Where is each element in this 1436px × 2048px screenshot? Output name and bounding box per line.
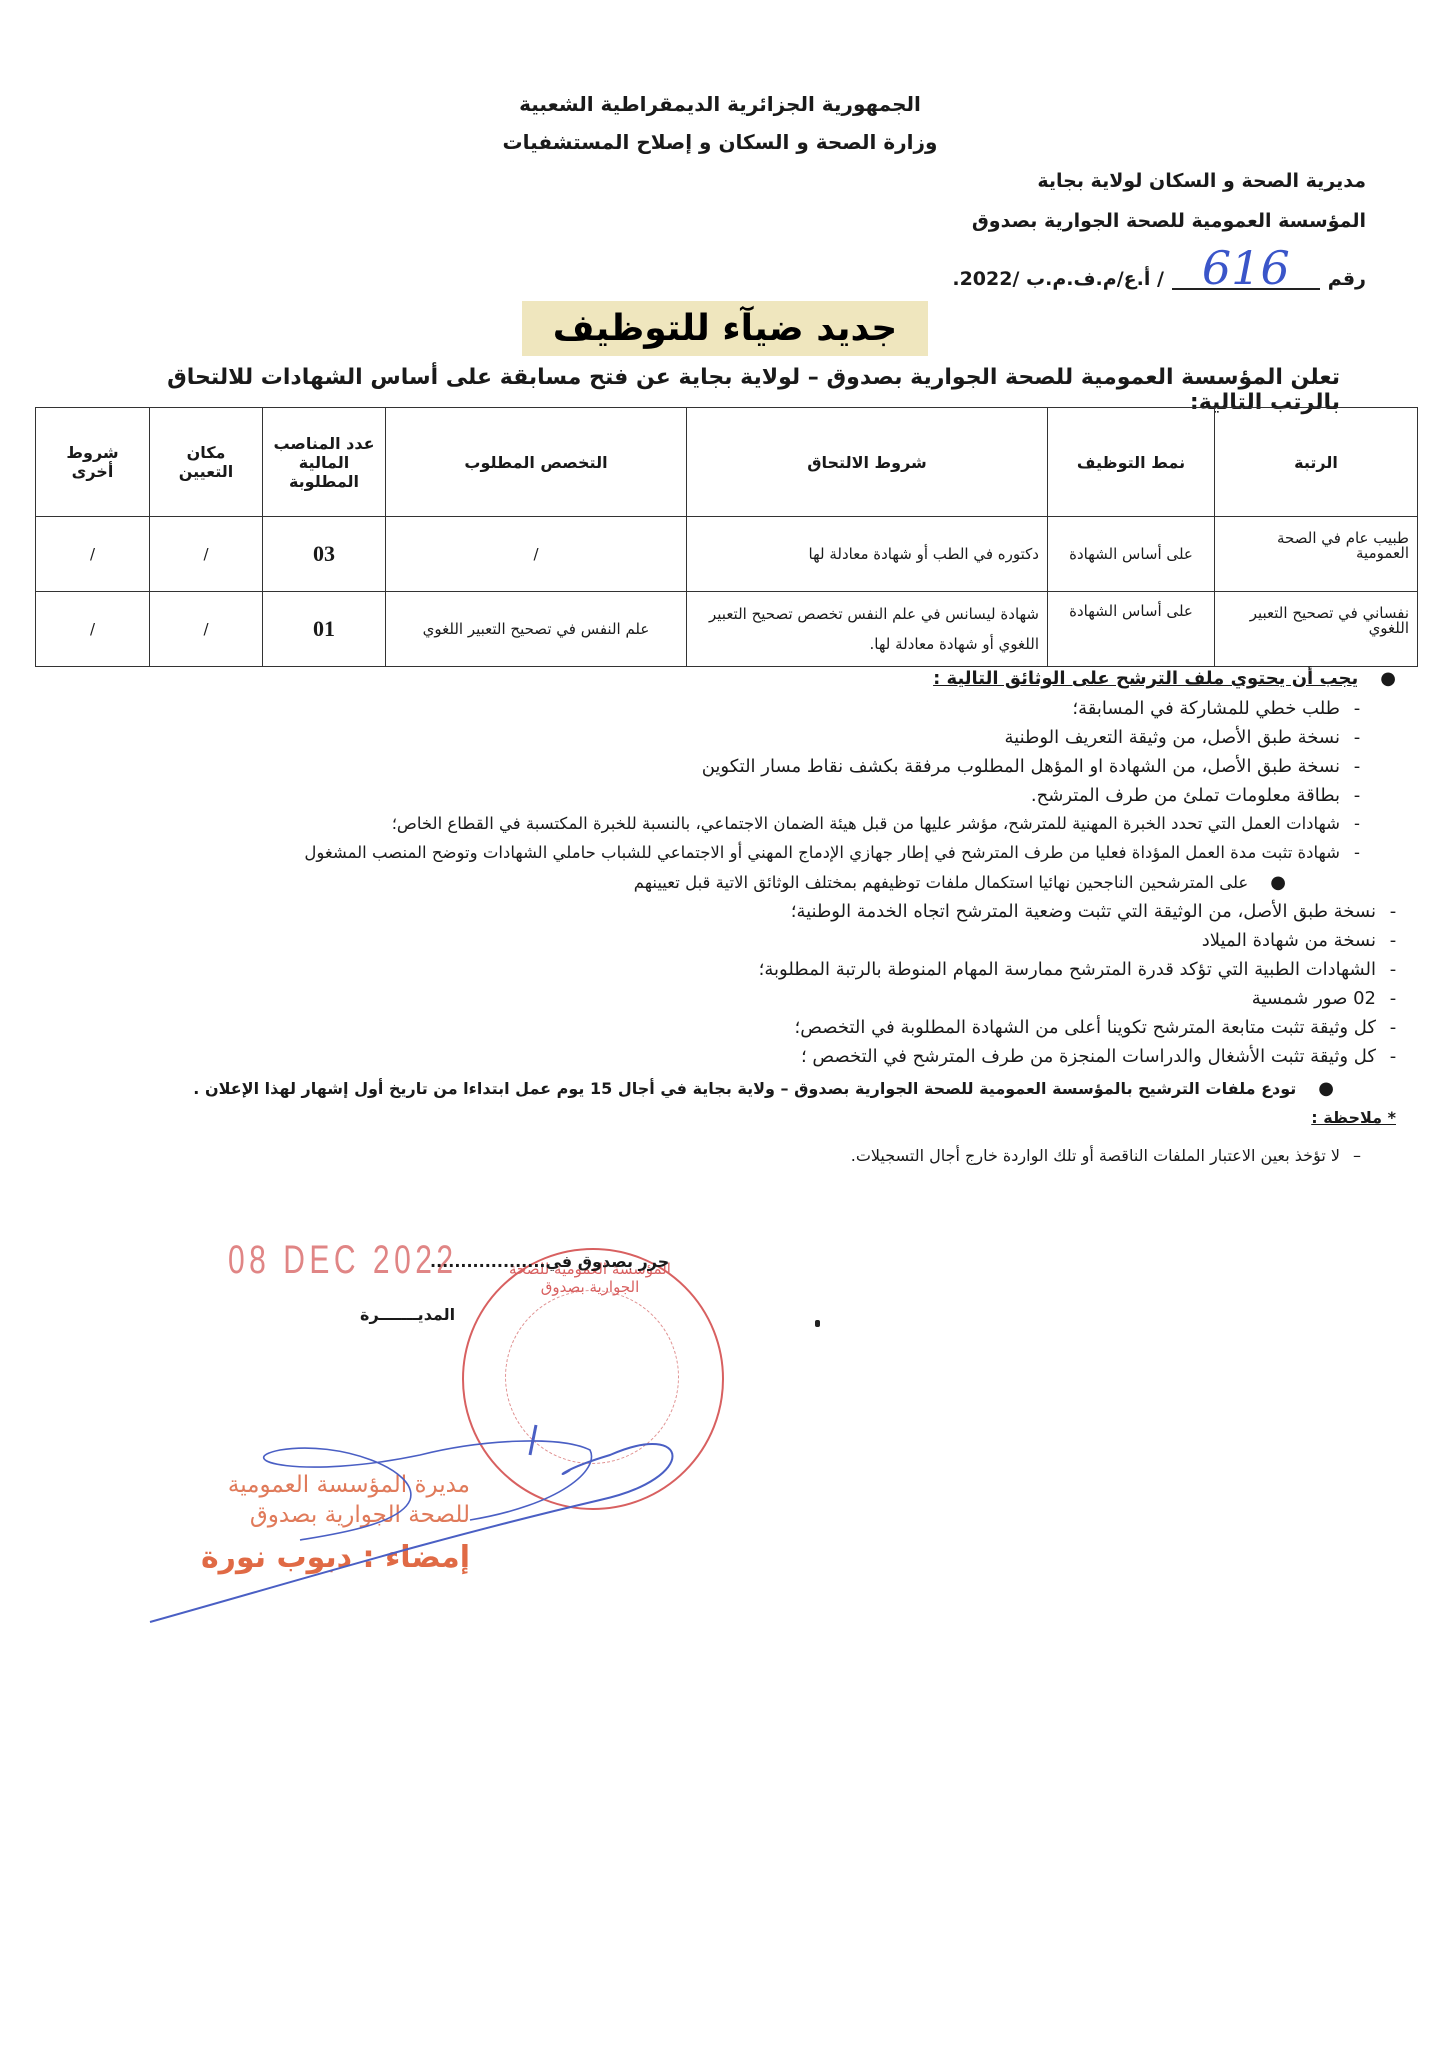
- table-row: نفساني في تصحيح التعبير اللغوي على أساس …: [36, 592, 1418, 667]
- cell-mode: على أساس الشهادة: [1048, 592, 1215, 667]
- bullet-icon: ●: [1380, 668, 1396, 689]
- col-other: شروط أخرى: [36, 408, 150, 517]
- dash-icon: -: [1340, 843, 1374, 862]
- positions-table: الرتبة نمط التوظيف شروط الالتحاق التخصص …: [35, 407, 1418, 667]
- cell-positions: 03: [263, 517, 386, 592]
- cell-rank: نفساني في تصحيح التعبير اللغوي: [1215, 592, 1418, 667]
- bullet-icon: ●: [1318, 1078, 1334, 1099]
- director-stamp-line1: مديرة المؤسسة العمومية: [140, 1470, 470, 1500]
- dash-icon: -: [1376, 1046, 1410, 1067]
- deposit-line: ●تودع ملفات الترشيح بالمؤسسة العمومية لل…: [193, 1078, 1334, 1099]
- list-item: -نسخة طبق الأصل، من وثيقة التعريف الوطني…: [1005, 727, 1374, 748]
- stray-dot: [815, 1320, 820, 1327]
- list-item: -نسخة طبق الأصل، من الوثيقة التي تثبت وض…: [791, 901, 1410, 922]
- cell-location: /: [150, 592, 263, 667]
- list-item: -الشهادات الطبية التي تؤكد قدرة المترشح …: [759, 959, 1410, 980]
- cell-other: /: [36, 592, 150, 667]
- col-specialty: التخصص المطلوب: [386, 408, 687, 517]
- note-label: * ملاحظة :: [1311, 1108, 1396, 1127]
- dash-icon: -: [1340, 756, 1374, 777]
- directorate-header: مديرية الصحة و السكان لولاية بجاية: [1037, 170, 1366, 192]
- reference-suffix: / أ.ع/م.ف.م.ب /2022.: [952, 268, 1164, 290]
- col-rank: الرتبة: [1215, 408, 1418, 517]
- col-location: مكان التعيين: [150, 408, 263, 517]
- ministry-header: وزارة الصحة و السكان و إصلاح المستشفيات: [500, 130, 940, 154]
- col-mode: نمط التوظيف: [1048, 408, 1215, 517]
- list-item: -02 صور شمسية: [1252, 988, 1410, 1009]
- list-item: -بطاقة معلومات تملئ من طرف المترشح.: [1031, 785, 1374, 806]
- list-item: -شهادة تثبت مدة العمل المؤداة فعليا من ط…: [304, 843, 1374, 862]
- cell-conditions: شهادة ليسانس في علم النفس تخصص تصحيح الت…: [687, 592, 1048, 667]
- dash-icon: -: [1376, 1017, 1410, 1038]
- cell-specialty: علم النفس في تصحيح التعبير اللغوي: [386, 592, 687, 667]
- director-label: المديـــــــرة: [360, 1305, 455, 1324]
- dash-icon: -: [1340, 727, 1374, 748]
- cell-mode: على أساس الشهادة: [1048, 517, 1215, 592]
- cell-other: /: [36, 517, 150, 592]
- cell-rank: طبيب عام في الصحة العمومية: [1215, 517, 1418, 592]
- cell-positions: 01: [263, 592, 386, 667]
- director-stamp-name: إمضاء : دبوب نورة: [150, 1540, 470, 1575]
- list-item: -كل وثيقة تثبت متابعة المترشح تكوينا أعل…: [794, 1017, 1410, 1038]
- dash-icon: -: [1340, 814, 1374, 833]
- institution-header: المؤسسة العمومية للصحة الجوارية بصدوق: [972, 210, 1366, 232]
- note-item: –لا تؤخذ بعين الاعتبار الملفات الناقصة أ…: [851, 1146, 1374, 1165]
- documents-heading: يجب أن يحتوي ملف الترشح على الوثائق التا…: [933, 668, 1358, 689]
- director-stamp-line2: للصحة الجوارية بصدوق: [140, 1500, 470, 1530]
- director-stamp: مديرة المؤسسة العمومية للصحة الجوارية بص…: [140, 1470, 470, 1530]
- cell-conditions: دكتوره في الطب أو شهادة معادلة لها: [687, 517, 1048, 592]
- page-title: جديد ضيآء للتوظيف: [522, 301, 928, 356]
- bullet-icon: ●: [1270, 872, 1286, 893]
- dash-icon: -: [1340, 698, 1374, 719]
- dash-icon: -: [1376, 959, 1410, 980]
- list-item: -شهادات العمل التي تحدد الخبرة المهنية ل…: [392, 814, 1374, 833]
- documents-heading-line: ●يجب أن يحتوي ملف الترشح على الوثائق الت…: [933, 668, 1396, 689]
- reference-line: رقم 616 / أ.ع/م.ف.م.ب /2022.: [952, 248, 1366, 290]
- list-item: -كل وثيقة تثبت الأشغال والدراسات المنجزة…: [801, 1046, 1410, 1067]
- table-header-row: الرتبة نمط التوظيف شروط الالتحاق التخصص …: [36, 408, 1418, 517]
- dash-icon: -: [1376, 930, 1410, 951]
- dash-icon: –: [1340, 1146, 1374, 1165]
- reference-number: 616: [1172, 248, 1320, 290]
- cell-location: /: [150, 517, 263, 592]
- table-row: طبيب عام في الصحة العمومية على أساس الشه…: [36, 517, 1418, 592]
- signed-at-line: حرر بصدوق في...................: [430, 1252, 669, 1271]
- list-item: -نسخة من شهادة الميلاد: [1202, 930, 1410, 951]
- official-seal-inner-ring: [505, 1290, 679, 1464]
- col-conditions: شروط الالتحاق: [687, 408, 1048, 517]
- cell-specialty: /: [386, 517, 687, 592]
- republic-header: الجمهورية الجزائرية الديمقراطية الشعبية: [500, 92, 940, 116]
- col-positions: عدد المناصب المالية المطلوبة: [263, 408, 386, 517]
- dash-icon: -: [1376, 988, 1410, 1009]
- after-heading-line: ●على المترشحين الناجحين نهائيا استكمال م…: [634, 872, 1286, 893]
- dash-icon: -: [1376, 901, 1410, 922]
- dash-icon: -: [1340, 785, 1374, 806]
- list-item: -نسخة طبق الأصل، من الشهادة او المؤهل ال…: [702, 756, 1374, 777]
- list-item: -طلب خطي للمشاركة في المسابقة؛: [1072, 698, 1374, 719]
- reference-label: رقم: [1328, 268, 1366, 290]
- date-stamp: 08 DEC 2022: [228, 1238, 458, 1283]
